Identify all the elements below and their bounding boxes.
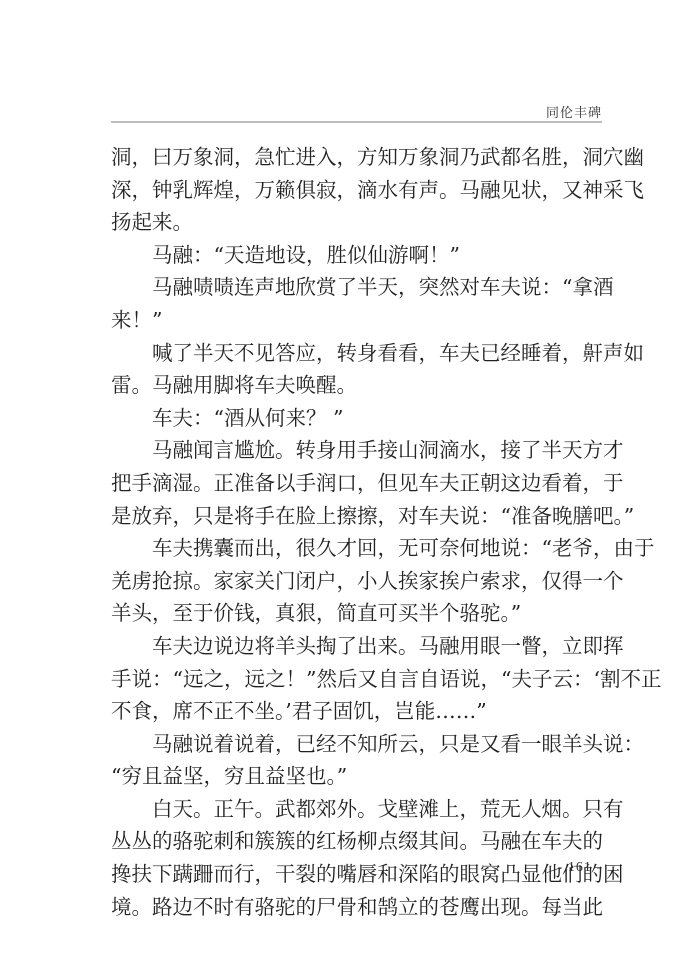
body-text: 洞，曰万象洞，急忙进入，方知万象洞乃武都名胜，洞穴幽深，钟乳辉煌，万籁俱寂，滴水… xyxy=(111,141,602,923)
text-line: 马融：“天造地设，胜似仙游啊！” xyxy=(111,239,602,272)
text-line: 把手滴湿。正准备以手润口，但见车夫正朝这边看着，于 xyxy=(111,467,602,500)
text-line: 是放弃，只是将手在脸上擦擦，对车夫说：“准备晚膳吧。” xyxy=(111,500,602,533)
text-line: 丛丛的骆驼刺和簇簇的红杨柳点缀其间。马融在车夫的 xyxy=(111,825,602,858)
book-page: 同伦丰碑 洞，曰万象洞，急忙进入，方知万象洞乃武都名胜，洞穴幽深，钟乳辉煌，万籁… xyxy=(0,0,692,968)
text-line: 羊头，至于价钱，真狠，简直可买半个骆驼。” xyxy=(111,597,602,630)
text-line: 车夫携囊而出，很久才回，无可奈何地说：“老爷，由于 xyxy=(111,532,602,565)
text-line: 洞，曰万象洞，急忙进入，方知万象洞乃武都名胜，洞穴幽 xyxy=(111,141,602,174)
text-line: 白天。正午。武都郊外。戈壁滩上，荒无人烟。只有 xyxy=(111,793,602,826)
page-number: - 161 - xyxy=(480,860,602,876)
text-line: 深，钟乳辉煌，万籁俱寂，滴水有声。马融见状，又神采飞 xyxy=(111,174,602,207)
text-line: 雷。马融用脚将车夫唤醒。 xyxy=(111,369,602,402)
header-divider xyxy=(111,121,602,123)
text-line: 车夫：“酒从何来？ ” xyxy=(111,402,602,435)
text-line: 车夫边说边将羊头掏了出来。马融用眼一瞥，立即挥 xyxy=(111,630,602,663)
text-line: 喊了半天不见答应，转身看看，车夫已经睡着，鼾声如 xyxy=(111,337,602,370)
text-line: 来！” xyxy=(111,304,602,337)
text-line: 不食，席不正不坐。’君子固饥，岂能……” xyxy=(111,695,602,728)
text-line: “穷且益坚，穷且益坚也。” xyxy=(111,760,602,793)
text-line: 马融说着说着，已经不知所云，只是又看一眼羊头说： xyxy=(111,728,602,761)
text-line: 羌虏抢掠。家家关门闭户，小人挨家挨户索求，仅得一个 xyxy=(111,565,602,598)
text-line: 手说：“远之，远之！”然后又自言自语说，“夫子云：‘割不正 xyxy=(111,663,602,696)
running-header-title: 同伦丰碑 xyxy=(111,102,602,122)
text-line: 扬起来。 xyxy=(111,206,602,239)
text-line: 马融闻言尴尬。转身用手接山洞滴水，接了半天方才 xyxy=(111,434,602,467)
text-line: 马融啧啧连声地欣赏了半天，突然对车夫说：“拿酒 xyxy=(111,271,602,304)
text-line: 境。路边不时有骆驼的尸骨和鹄立的苍鹰出现。每当此 xyxy=(111,891,602,924)
